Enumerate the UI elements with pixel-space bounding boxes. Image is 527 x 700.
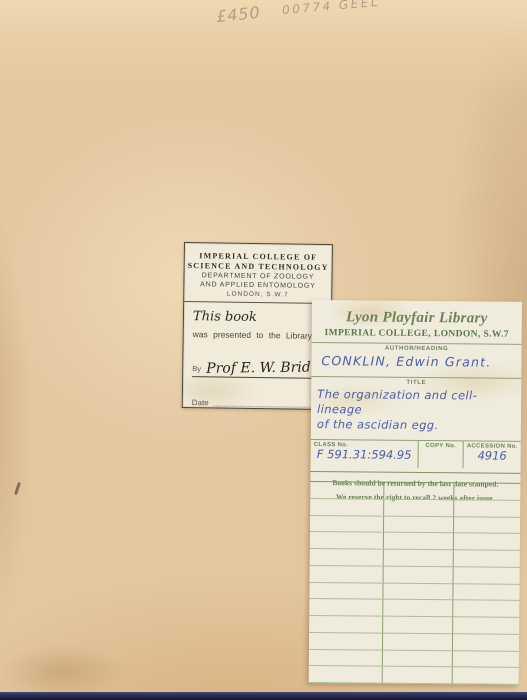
copy-no-cell: COPY No. bbox=[419, 441, 464, 468]
due-date-cell bbox=[384, 550, 454, 567]
book-title-line2: of the ascidian egg. bbox=[317, 417, 521, 434]
classification-row: CLASS No. F 591.31:594.95 COPY No. ACCES… bbox=[311, 440, 521, 469]
due-date-cell bbox=[383, 600, 453, 617]
bookplate-date-line bbox=[214, 405, 321, 407]
due-date-cell bbox=[310, 549, 384, 566]
book-cover-edge bbox=[0, 692, 527, 700]
pencil-price-annotation: £450 bbox=[215, 3, 261, 27]
due-date-cell bbox=[384, 566, 454, 583]
due-date-cell bbox=[384, 483, 454, 500]
bookplate-header: IMPERIAL COLLEGE OF SCIENCE AND TECHNOLO… bbox=[184, 243, 332, 299]
due-date-cell bbox=[310, 566, 384, 583]
bookplate-by-label: By bbox=[192, 364, 201, 375]
due-date-cell bbox=[309, 649, 383, 666]
class-no-cell: CLASS No. F 591.31:594.95 bbox=[311, 440, 419, 468]
library-card-title: Lyon Playfair Library bbox=[312, 309, 522, 328]
due-date-cell bbox=[454, 533, 520, 550]
due-date-cell bbox=[453, 651, 519, 668]
due-date-cell bbox=[310, 482, 384, 499]
due-date-cell bbox=[383, 583, 453, 600]
due-date-cell bbox=[383, 617, 453, 634]
lyon-playfair-library-card: Lyon Playfair Library IMPERIAL COLLEGE, … bbox=[309, 300, 522, 685]
due-date-cell bbox=[383, 633, 453, 650]
due-date-cell bbox=[384, 499, 454, 516]
class-no-value: F 591.31:594.95 bbox=[311, 447, 418, 462]
book-endpaper: £450 00774 GEEL IMPERIAL COLLEGE OF SCIE… bbox=[0, 0, 527, 700]
due-date-cell bbox=[453, 617, 519, 634]
due-date-cell bbox=[384, 533, 454, 550]
copy-no-label: COPY No. bbox=[419, 441, 463, 449]
bookplate-presentation-line2: was presented to the Library bbox=[193, 329, 322, 341]
bookplate-location: LONDON, S.W.7 bbox=[184, 290, 331, 299]
bookplate-donor-signature: Prof E. W. Bride bbox=[206, 359, 319, 376]
accession-no-cell: ACCESSION No. 4916 bbox=[464, 441, 521, 468]
due-date-cell bbox=[454, 483, 520, 500]
due-date-cell bbox=[453, 667, 519, 684]
bookplate-presentation-line1: This book bbox=[193, 309, 322, 326]
due-date-cell bbox=[383, 650, 453, 667]
due-date-cell bbox=[453, 634, 519, 651]
due-date-cell bbox=[310, 499, 384, 516]
due-date-cell bbox=[453, 600, 519, 617]
due-date-cell bbox=[309, 666, 383, 683]
due-date-cell bbox=[454, 550, 520, 567]
book-title-handwritten: The organization and cell-lineage of the… bbox=[311, 385, 521, 437]
due-date-cell bbox=[454, 500, 520, 517]
due-date-cell bbox=[454, 517, 520, 534]
due-date-cell bbox=[309, 582, 383, 599]
due-date-cell bbox=[383, 667, 453, 684]
bookplate-date-label: Date bbox=[192, 398, 209, 407]
page-edge-mark bbox=[14, 482, 21, 495]
book-title-line1: The organization and cell-lineage bbox=[317, 387, 521, 419]
pencil-code-annotation: 00774 GEEL bbox=[282, 0, 381, 17]
card-divider-4 bbox=[310, 471, 520, 474]
bookplate-body: This book was presented to the Library B… bbox=[183, 302, 331, 409]
due-date-cell bbox=[309, 599, 383, 616]
due-date-cell bbox=[454, 567, 520, 584]
due-date-cell bbox=[309, 616, 383, 633]
library-card-institution: IMPERIAL COLLEGE, LONDON, S.W.7 bbox=[312, 328, 522, 340]
author-handwritten: CONKLIN, Edwin Grant. bbox=[311, 351, 521, 374]
due-date-cell bbox=[310, 515, 384, 532]
due-date-cell bbox=[309, 633, 383, 650]
due-date-cell bbox=[310, 532, 384, 549]
bookplate-by-row: By Prof E. W. Bride bbox=[192, 353, 321, 379]
due-date-cell bbox=[453, 584, 519, 601]
due-date-cell bbox=[384, 516, 454, 533]
bookplate-date-row: Date bbox=[192, 398, 321, 409]
accession-no-value: 4916 bbox=[464, 448, 521, 462]
due-date-grid bbox=[309, 481, 521, 685]
